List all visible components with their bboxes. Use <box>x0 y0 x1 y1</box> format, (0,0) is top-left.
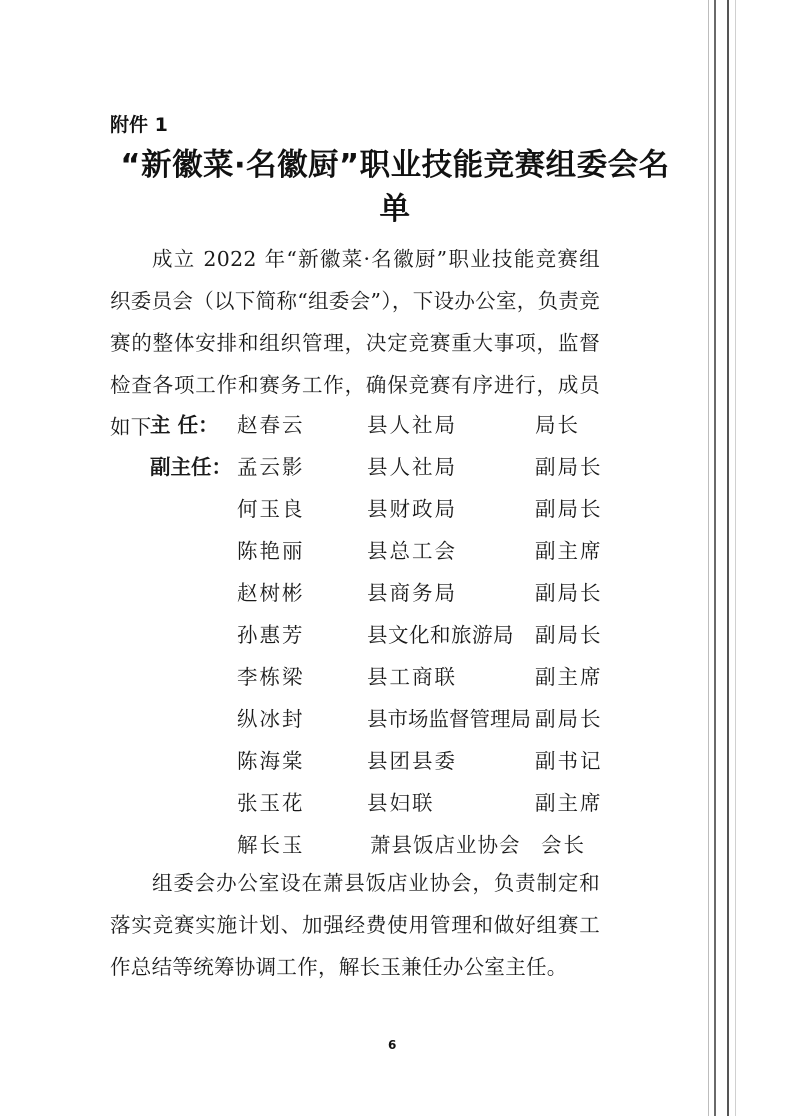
member-department: 县工商联 <box>367 656 457 698</box>
member-role: 主 任： <box>150 404 219 446</box>
member-department: 萧县饭店业协会 <box>370 824 521 866</box>
attachment-label: 附件 1 <box>110 110 168 137</box>
member-name: 陈海棠 <box>237 740 305 782</box>
member-row: 陈艳丽 县总工会 副主席 <box>0 530 789 572</box>
member-row: 李栋梁 县工商联 副主席 <box>0 656 789 698</box>
member-name: 孟云影 <box>237 446 305 488</box>
member-department: 县人社局 <box>367 404 457 446</box>
member-position: 副书记 <box>535 740 603 782</box>
member-row: 张玉花 县妇联 副主席 <box>0 782 789 824</box>
member-name: 张玉花 <box>237 782 305 824</box>
member-department: 县文化和旅游局 <box>367 614 514 656</box>
member-department: 县市场监督管理局 <box>367 698 531 740</box>
member-department: 县总工会 <box>367 530 457 572</box>
member-position: 副局长 <box>535 446 603 488</box>
member-list: 主 任： 赵春云 县人社局 局长 副主任： 孟云影 县人社局 副局长 何玉良 县… <box>0 404 789 866</box>
member-name: 赵树彬 <box>237 572 305 614</box>
member-row: 主 任： 赵春云 县人社局 局长 <box>0 404 789 446</box>
document-page: 附件 1 “新徽菜·名徽厨”职业技能竞赛组委会名 单 成立 2022 年“新徽菜… <box>0 0 789 1116</box>
title-line-1: “新徽菜·名徽厨”职业技能竞赛组委会名 <box>110 144 680 188</box>
member-row: 陈海棠 县团县委 副书记 <box>0 740 789 782</box>
member-row: 孙惠芳 县文化和旅游局 副局长 <box>0 614 789 656</box>
member-position: 会长 <box>541 824 586 866</box>
member-department: 县团县委 <box>367 740 457 782</box>
document-title: “新徽菜·名徽厨”职业技能竞赛组委会名 单 <box>110 144 680 232</box>
member-department: 县妇联 <box>367 782 435 824</box>
member-name: 李栋梁 <box>237 656 305 698</box>
member-department: 县人社局 <box>367 446 457 488</box>
member-position: 副主席 <box>535 530 603 572</box>
member-row: 赵树彬 县商务局 副局长 <box>0 572 789 614</box>
member-row: 解长玉 萧县饭店业协会 会长 <box>0 824 789 866</box>
member-name: 纵冰封 <box>237 698 305 740</box>
member-position: 副主席 <box>535 656 603 698</box>
member-position: 局长 <box>535 404 580 446</box>
member-role: 副主任： <box>150 446 232 488</box>
member-name: 孙惠芳 <box>237 614 305 656</box>
member-name: 赵春云 <box>237 404 305 446</box>
member-position: 副局长 <box>535 614 603 656</box>
member-name: 何玉良 <box>237 488 305 530</box>
page-number: 6 <box>388 1038 396 1052</box>
member-department: 县财政局 <box>367 488 457 530</box>
member-row: 副主任： 孟云影 县人社局 副局长 <box>0 446 789 488</box>
member-row: 纵冰封 县市场监督管理局 副局长 <box>0 698 789 740</box>
office-paragraph: 组委会办公室设在萧县饭店业协会，负责制定和落实竞赛实施计划、加强经费使用管理和做… <box>110 862 600 988</box>
member-position: 副局长 <box>535 572 603 614</box>
member-name: 陈艳丽 <box>237 530 305 572</box>
title-line-2: 单 <box>110 188 680 232</box>
member-position: 副主席 <box>535 782 603 824</box>
member-position: 副局长 <box>535 698 603 740</box>
member-position: 副局长 <box>535 488 603 530</box>
member-department: 县商务局 <box>367 572 457 614</box>
member-name: 解长玉 <box>237 824 305 866</box>
member-row: 何玉良 县财政局 副局长 <box>0 488 789 530</box>
